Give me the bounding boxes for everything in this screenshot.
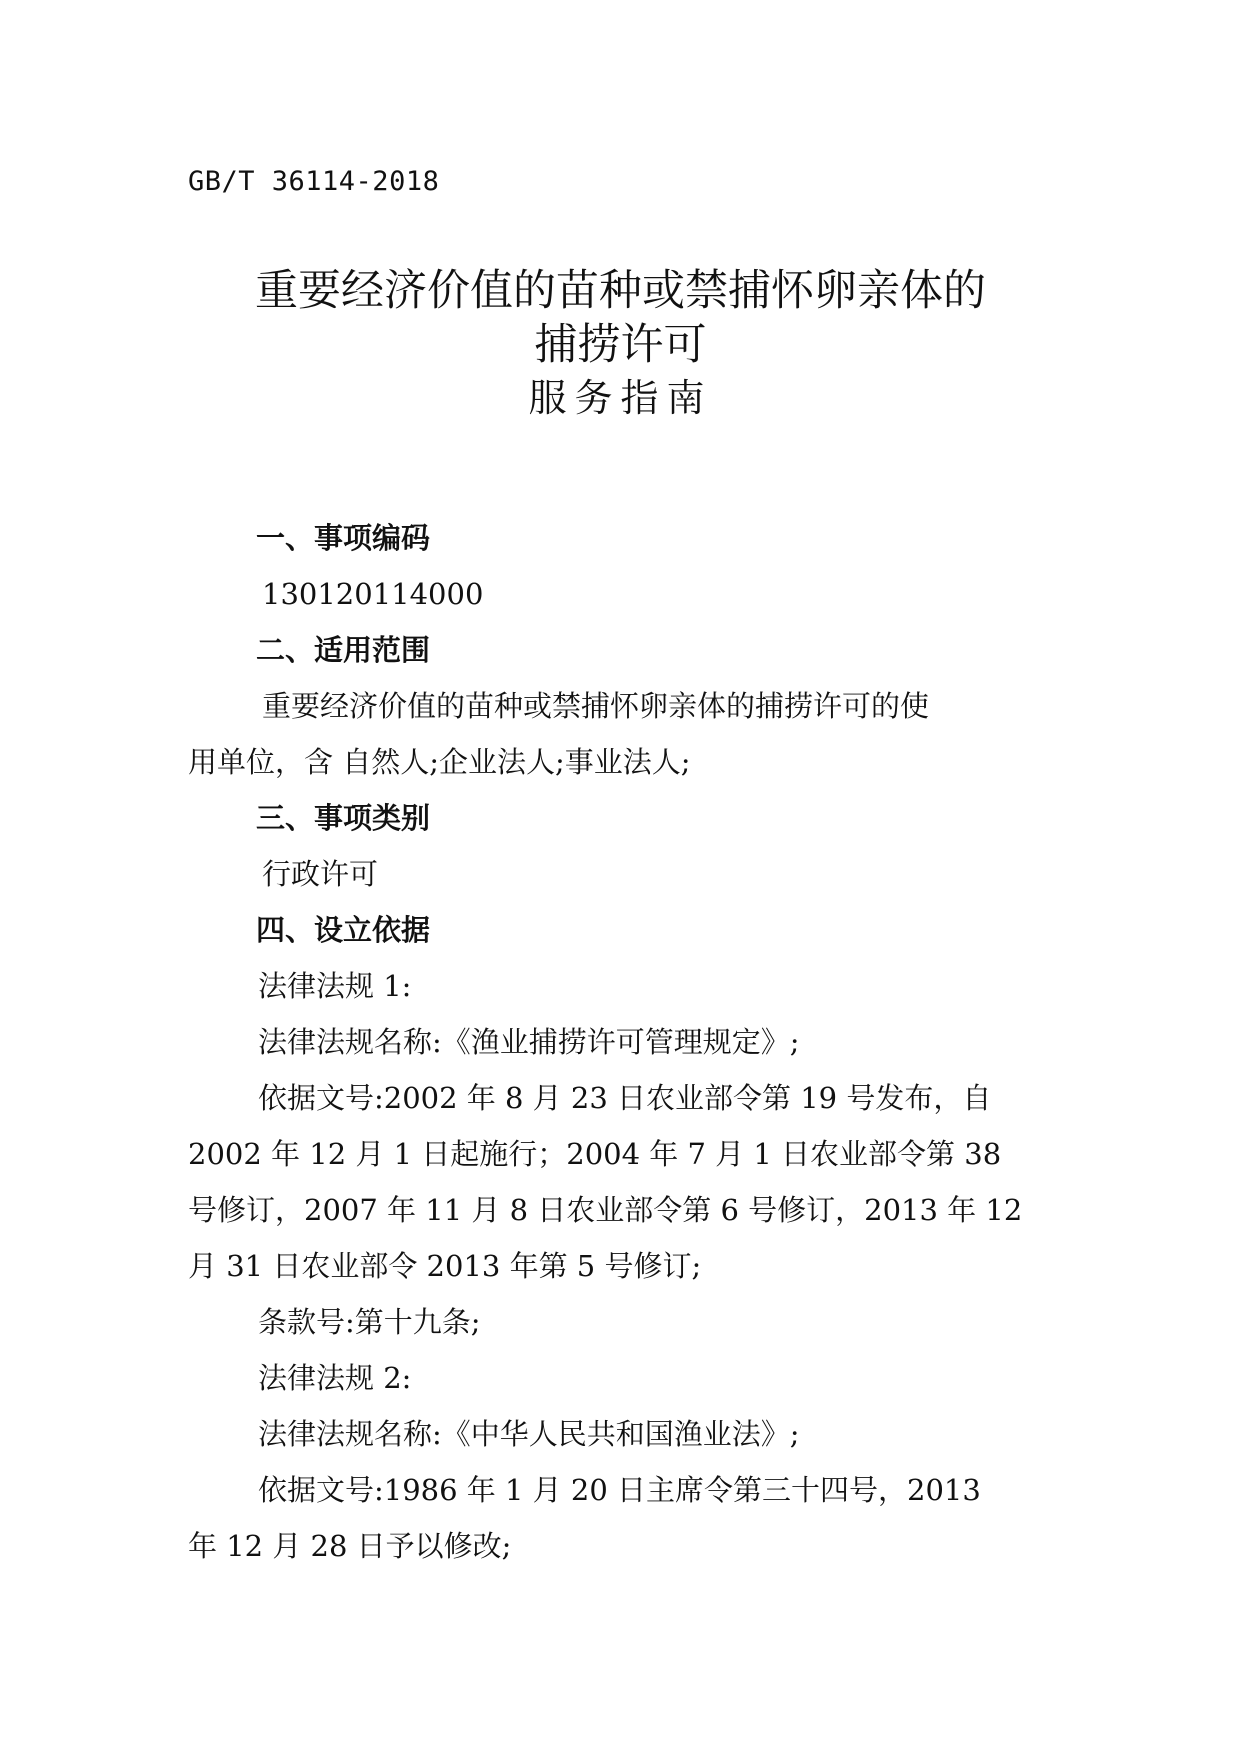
law-2-doc-number-line-2: 年 12 月 28 日予以修改;	[188, 1518, 1058, 1574]
item-code-value: 130120114000	[188, 566, 1058, 622]
law-1-doc-number-line-1: 依据文号:2002 年 8 月 23 日农业部令第 19 号发布，自	[188, 1070, 1058, 1126]
law-1-label: 法律法规 1:	[188, 958, 1058, 1014]
section-heading-basis: 四、设立依据	[188, 902, 1058, 958]
law-1-doc-number-line-3: 号修订，2007 年 11 月 8 日农业部令第 6 号修订，2013 年 12	[188, 1182, 1058, 1238]
document-subtitle: 服务指南	[0, 370, 1241, 426]
law-2-doc-number-line-1: 依据文号:1986 年 1 月 20 日主席令第三十四号，2013	[188, 1462, 1058, 1518]
law-1-article: 条款号:第十九条;	[188, 1294, 1058, 1350]
scope-text-line-2: 用单位，含 自然人;企业法人;事业法人;	[188, 734, 1058, 790]
law-1-name: 法律法规名称:《渔业捕捞许可管理规定》;	[188, 1014, 1058, 1070]
standard-code: GB/T 36114-2018	[188, 164, 439, 200]
document-body: 一、事项编码 130120114000 二、适用范围 重要经济价值的苗种或禁捕怀…	[188, 510, 1058, 1574]
scope-text-line-1: 重要经济价值的苗种或禁捕怀卵亲体的捕捞许可的使	[188, 678, 1058, 734]
law-2-name: 法律法规名称:《中华人民共和国渔业法》;	[188, 1406, 1058, 1462]
document-title-block: 重要经济价值的苗种或禁捕怀卵亲体的 捕捞许可 服务指南	[0, 264, 1241, 426]
section-heading-scope: 二、适用范围	[188, 622, 1058, 678]
category-value: 行政许可	[188, 846, 1058, 902]
document-title-line-1: 重要经济价值的苗种或禁捕怀卵亲体的	[0, 264, 1241, 318]
section-heading-item-code: 一、事项编码	[188, 510, 1058, 566]
law-2-label: 法律法规 2:	[188, 1350, 1058, 1406]
law-1-doc-number-line-4: 月 31 日农业部令 2013 年第 5 号修订;	[188, 1238, 1058, 1294]
section-heading-category: 三、事项类别	[188, 790, 1058, 846]
document-title-line-2: 捕捞许可	[0, 318, 1241, 372]
law-1-doc-number-line-2: 2002 年 12 月 1 日起施行；2004 年 7 月 1 日农业部令第 3…	[188, 1126, 1058, 1182]
